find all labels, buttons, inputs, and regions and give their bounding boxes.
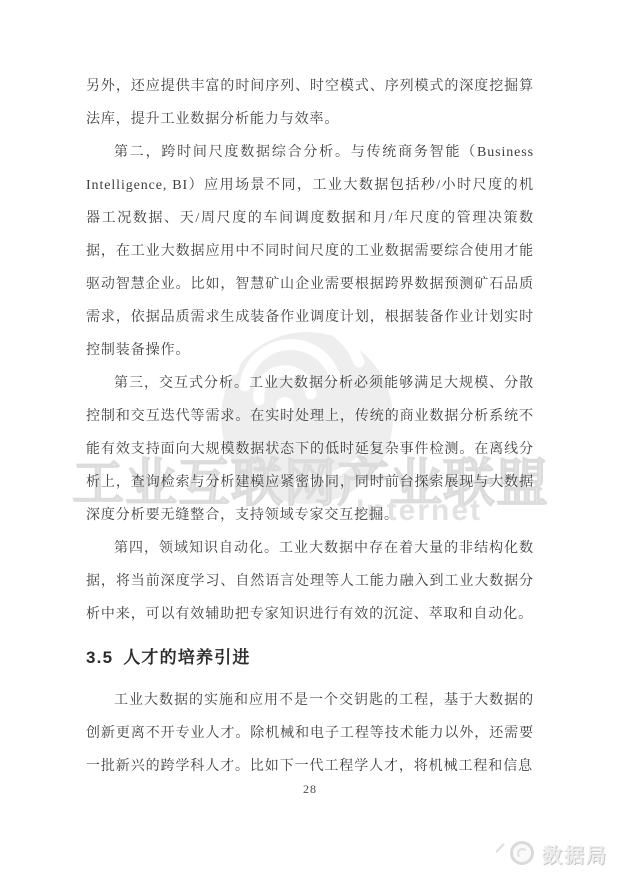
document-body: 另外，还应提供丰富的时间序列、时空模式、序列模式的深度挖掘算法库，提升工业数据分…: [86, 70, 534, 783]
paragraph: 工业大数据的实施和应用不是一个交钥匙的工程，基于大数据的创新更离不开专业人才。除…: [86, 684, 534, 783]
brand-swoosh-icon: [495, 843, 505, 853]
section-heading: 3.5人才的培养引进: [86, 641, 534, 674]
page-number: 28: [0, 782, 620, 797]
section-title: 人才的培养引进: [123, 648, 250, 667]
paragraph: 第二，跨时间尺度数据综合分析。与传统商务智能（Business Intellig…: [86, 136, 534, 367]
brand-name: 数据局: [542, 839, 608, 868]
document-page: { "document": { "paragraphs": [ { "text"…: [0, 0, 620, 877]
paragraph: 第四，领域知识自动化。工业大数据中存在着大量的非结构化数据，将当前深度学习、自然…: [86, 532, 534, 631]
section-number: 3.5: [86, 648, 113, 667]
footer-brand: 数据局: [494, 836, 608, 870]
paragraph: 第三，交互式分析。工业大数据分析必须能够满足大规模、分散控制和交互迭代等需求。在…: [86, 367, 534, 532]
brand-logo-icon: [510, 841, 534, 865]
paragraph: 另外，还应提供丰富的时间序列、时空模式、序列模式的深度挖掘算法库，提升工业数据分…: [86, 70, 534, 136]
